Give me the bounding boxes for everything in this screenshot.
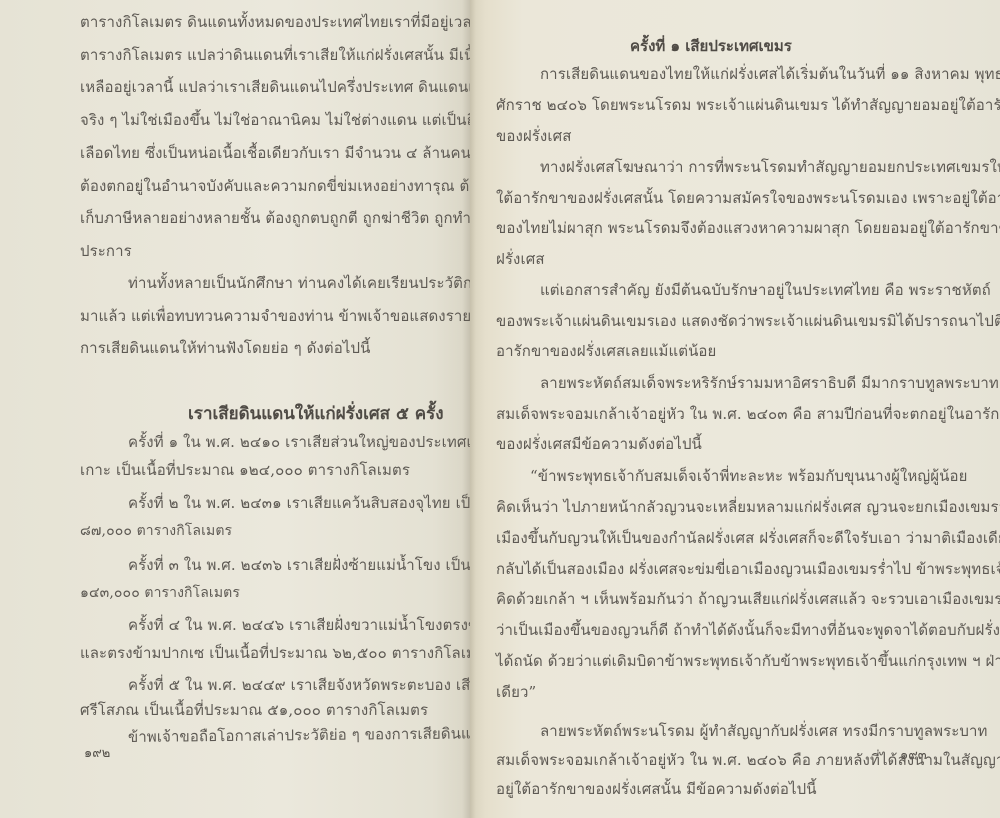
text-line: อารักขาของฝรั่งเศสเลยแม้แต่น้อย: [496, 341, 716, 361]
quote-line: คิดเห็นว่า ไปภายหน้ากลัวญวนจะเหลี่ยมหลาม…: [496, 497, 1000, 517]
entry-5-line-2: ศรีโสภณ เป็นเนื้อที่ประมาณ ๕๑,๐๐๐ ตารางก…: [80, 700, 428, 720]
quote-first-line: “ข้าพระพุทธเจ้ากับสมเด็จเจ้าพี่ทะละหะ พร…: [530, 466, 968, 486]
entry-1-line-1: ครั้งที่ ๑ ใน พ.ศ. ๒๔๑๐ เราเสียส่วนใหญ่ข…: [128, 432, 470, 452]
text-line: ของพระเจ้าแผ่นดินเขมรเอง แสดงชัดว่าพระเจ…: [496, 311, 1000, 331]
entry-1-line-2: เกาะ เป็นเนื้อที่ประมาณ ๑๒๔,๐๐๐ ตารางกิโ…: [80, 460, 410, 480]
text-line: ตารางกิโลเมตร แปลว่าดินแดนที่เราเสียให้แ…: [80, 45, 470, 65]
paragraph-first-line: การเสียดินแดนของไทยให้แก่ฝรั่งเศสได้เริ่…: [540, 64, 1000, 84]
closing-line: ข้าพเจ้าขอถือโอกาสเล่าประวัติย่อ ๆ ของกา…: [128, 723, 470, 747]
entry-2-line-2: ๘๗,๐๐๐ ตารางกิโลเมตร: [80, 521, 232, 541]
entry-5-line-1: ครั้งที่ ๕ ใน พ.ศ. ๒๔๔๙ เราเสียจังหวัดพร…: [128, 675, 470, 695]
text-line: ศักราช ๒๔๐๖ โดยพระนโรดม พระเจ้าแผ่นดินเข…: [496, 95, 1000, 115]
quote-line: กลับได้เป็นสองเมือง ฝรั่งเศสจะข่มขี่เอาเ…: [496, 559, 1000, 579]
text-line: อยู่ใต้อารักขาของฝรั่งเศสนั้น มีข้อความด…: [496, 779, 817, 799]
text-line: จริง ๆ ไม่ใช่เมืองขึ้น ไม่ใช่อาณานิคม ไม…: [80, 110, 470, 130]
quote-line: เมืองขึ้นกับญวนให้เป็นของกำนัลฝรั่งเศส ฝ…: [496, 528, 1000, 548]
text-line: ประการ: [80, 241, 132, 261]
text-line: เก็บภาษีหลายอย่างหลายชั้น ต้องถูกตบถูกตี…: [80, 208, 470, 228]
quote-last-line: เดียว”: [496, 682, 536, 702]
text-line: เหลืออยู่เวลานี้ แปลว่าเราเสียดินแดนไปคร…: [80, 77, 470, 97]
entry-3-line-2: ๑๔๓,๐๐๐ ตารางกิโลเมตร: [80, 583, 240, 603]
text-line: ของฝรั่งเศสมีข้อความดังต่อไปนี้: [496, 434, 702, 454]
page-number: ๑๙๓: [900, 744, 927, 765]
text-line: สมเด็จพระจอมเกล้าเจ้าอยู่หัว ใน พ.ศ. ๒๔๐…: [496, 404, 1000, 424]
text-line: ของไทยไม่ผาสุก พระนโรดมจึงต้องแสวงหาความ…: [496, 218, 1000, 238]
paragraph-first-line: ท่านทั้งหลายเป็นนักศึกษา ท่านคงได้เคยเรี…: [128, 273, 470, 293]
page-number: ๑๙๒: [84, 742, 110, 763]
text-line: มาแล้ว แต่เพื่อทบทวนความจำของท่าน ข้าพเจ…: [80, 306, 470, 326]
text-line: ของฝรั่งเศส: [496, 126, 571, 146]
section-heading: เราเสียดินแดนให้แก่ฝรั่งเศส ๕ ครั้ง: [188, 400, 444, 427]
right-page: ครั้งที่ ๑ เสียประเทศเขมร การเสียดินแดนข…: [470, 0, 1000, 818]
open-book-spread: ตารางกิโลเมตร ดินแดนทั้งหมดของประเทศไทยเ…: [0, 0, 1000, 818]
text-line: ใต้อารักขาของฝรั่งเศสนั้น โดยความสมัครใจ…: [496, 188, 1000, 208]
section-heading: ครั้งที่ ๑ เสียประเทศเขมร: [630, 34, 792, 58]
text-line: ต้องตกอยู่ในอำนาจบังคับและความกดขี่ข่มเห…: [80, 176, 470, 196]
paragraph-first-line: ลายพระหัตถ์สมเด็จพระหริรักษ์รามมหาอิศราธ…: [540, 373, 999, 393]
left-page: ตารางกิโลเมตร ดินแดนทั้งหมดของประเทศไทยเ…: [0, 0, 470, 818]
entry-4-line-1: ครั้งที่ ๔ ใน พ.ศ. ๒๔๔๖ เราเสียฝั่งขวาแม…: [128, 615, 470, 635]
quote-line: ได้ถนัด ด้วยว่าแต่เดิมบิดาข้าพระพุทธเจ้า…: [496, 651, 1000, 671]
text-line: ฝรั่งเศส: [496, 249, 545, 269]
quote-line: ว่าเป็นเมืองขึ้นของญวนก็ดี ถ้าทำได้ดังนั…: [496, 620, 1000, 640]
paragraph-first-line: แต่เอกสารสำคัญ ยังมีต้นฉบับรักษาอยู่ในปร…: [540, 280, 991, 300]
text-line: เลือดไทย ซึ่งเป็นหน่อเนื้อเชื้อเดียวกับเ…: [80, 143, 470, 163]
entry-3-line-1: ครั้งที่ ๓ ใน พ.ศ. ๒๔๓๖ เราเสียฝั่งซ้ายแ…: [128, 555, 470, 575]
paragraph-first-line: ทางฝรั่งเศสโฆษณาว่า การที่พระนโรดมทำสัญญ…: [540, 157, 1000, 177]
paragraph-first-line: ลายพระหัตถ์พระนโรดม ผู้ทำสัญญากับฝรั่งเศ…: [540, 721, 988, 741]
quote-line: คิดด้วยเกล้า ฯ เห็นพร้อมกันว่า ถ้าญวนเสี…: [496, 589, 1000, 609]
entry-4-line-2: และตรงข้ามปากเซ เป็นเนื้อที่ประมาณ ๖๒,๕๐…: [80, 643, 470, 663]
text-line: ตารางกิโลเมตร ดินแดนทั้งหมดของประเทศไทยเ…: [80, 12, 470, 32]
text-line: การเสียดินแดนให้ท่านฟังโดยย่อ ๆ ดังต่อไป…: [80, 338, 370, 358]
entry-2-line-1: ครั้งที่ ๒ ใน พ.ศ. ๒๔๓๑ เราเสียแคว้นสิบส…: [128, 493, 470, 513]
